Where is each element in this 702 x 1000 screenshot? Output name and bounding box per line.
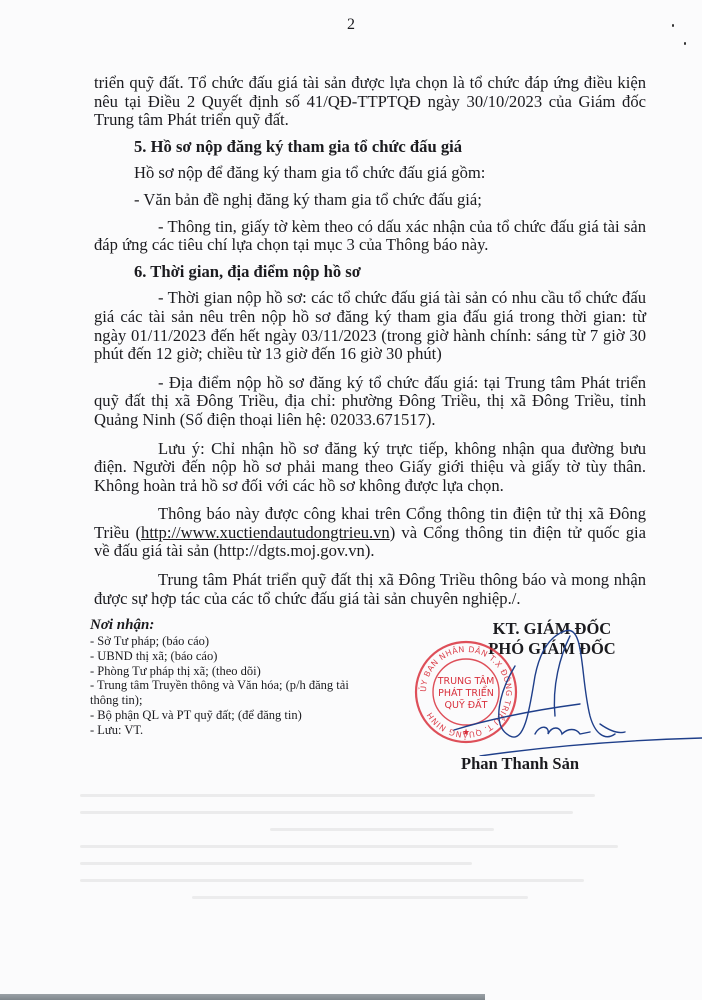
note-paragraph: Lưu ý: Chỉ nhận hồ sơ đăng ký trực tiếp,… — [94, 440, 646, 496]
svg-text:★: ★ — [462, 727, 470, 737]
section-5-item-1: - Văn bản đề nghị đăng ký tham gia tổ ch… — [94, 191, 646, 210]
section-6-time: - Thời gian nộp hồ sơ: các tổ chức đấu g… — [94, 289, 646, 363]
official-stamp-icon: ỦY BAN NHÂN DÂN T.X ĐÔNG TRIỀU T. QUẢNG … — [414, 640, 518, 744]
recipients-list: - Sở Tư pháp; (báo cáo) - UBND thị xã; (… — [90, 634, 350, 738]
closing-paragraph: Trung tâm Phát triển quỹ đất thị xã Đông… — [94, 571, 646, 608]
svg-text:PHÁT TRIỂN: PHÁT TRIỂN — [438, 686, 494, 699]
document-body: triển quỹ đất. Tổ chức đấu giá tài sản đ… — [94, 74, 646, 608]
recipient-item: - Phòng Tư pháp thị xã; (theo dõi) — [90, 664, 350, 679]
page-number: 2 — [0, 16, 702, 34]
document-page: 2 triển quỹ đất. Tổ chức đấu giá tài sản… — [0, 0, 702, 1000]
speck — [684, 42, 686, 45]
section-6-heading: 6. Thời gian, địa điểm nộp hồ sơ — [94, 263, 646, 282]
svg-text:TRUNG TÂM: TRUNG TÂM — [437, 675, 495, 687]
bleed-through-artifact — [80, 780, 640, 980]
portal-link[interactable]: http://www.xuctiendautudongtrieu.vn — [141, 523, 390, 542]
recipient-item: - Trung tâm Truyền thông và Văn hóa; (p/… — [90, 678, 350, 708]
recipient-item: - UBND thị xã; (báo cáo) — [90, 649, 350, 664]
recipient-item: - Sở Tư pháp; (báo cáo) — [90, 634, 350, 649]
signer-name: Phan Thanh Sản — [461, 754, 621, 774]
section-5-heading: 5. Hồ sơ nộp đăng ký tham gia tổ chức đấ… — [94, 138, 646, 157]
speck — [672, 24, 674, 27]
signature-title-line-1: KT. GIÁM ĐỐC — [452, 619, 652, 639]
recipient-item: - Lưu: VT. — [90, 723, 350, 738]
section-6-place: - Địa điểm nộp hồ sơ đăng ký tổ chức đấu… — [94, 374, 646, 430]
intro-paragraph: triển quỹ đất. Tổ chức đấu giá tài sản đ… — [94, 74, 646, 130]
section-5-lead: Hồ sơ nộp để đăng ký tham gia tổ chức đấ… — [94, 164, 646, 183]
publish-paragraph: Thông báo này được công khai trên Cổng t… — [94, 505, 646, 561]
recipient-item: - Bộ phận QL và PT quỹ đất; (để đăng tin… — [90, 708, 350, 723]
section-5-item-2: - Thông tin, giấy tờ kèm theo có dấu xác… — [94, 218, 646, 255]
scanner-edge-strip — [0, 994, 485, 1000]
recipients-title: Nơi nhận: — [90, 617, 350, 634]
svg-text:QUỸ ĐẤT: QUỸ ĐẤT — [445, 699, 488, 711]
recipients-block: Nơi nhận: - Sở Tư pháp; (báo cáo) - UBND… — [90, 617, 350, 738]
